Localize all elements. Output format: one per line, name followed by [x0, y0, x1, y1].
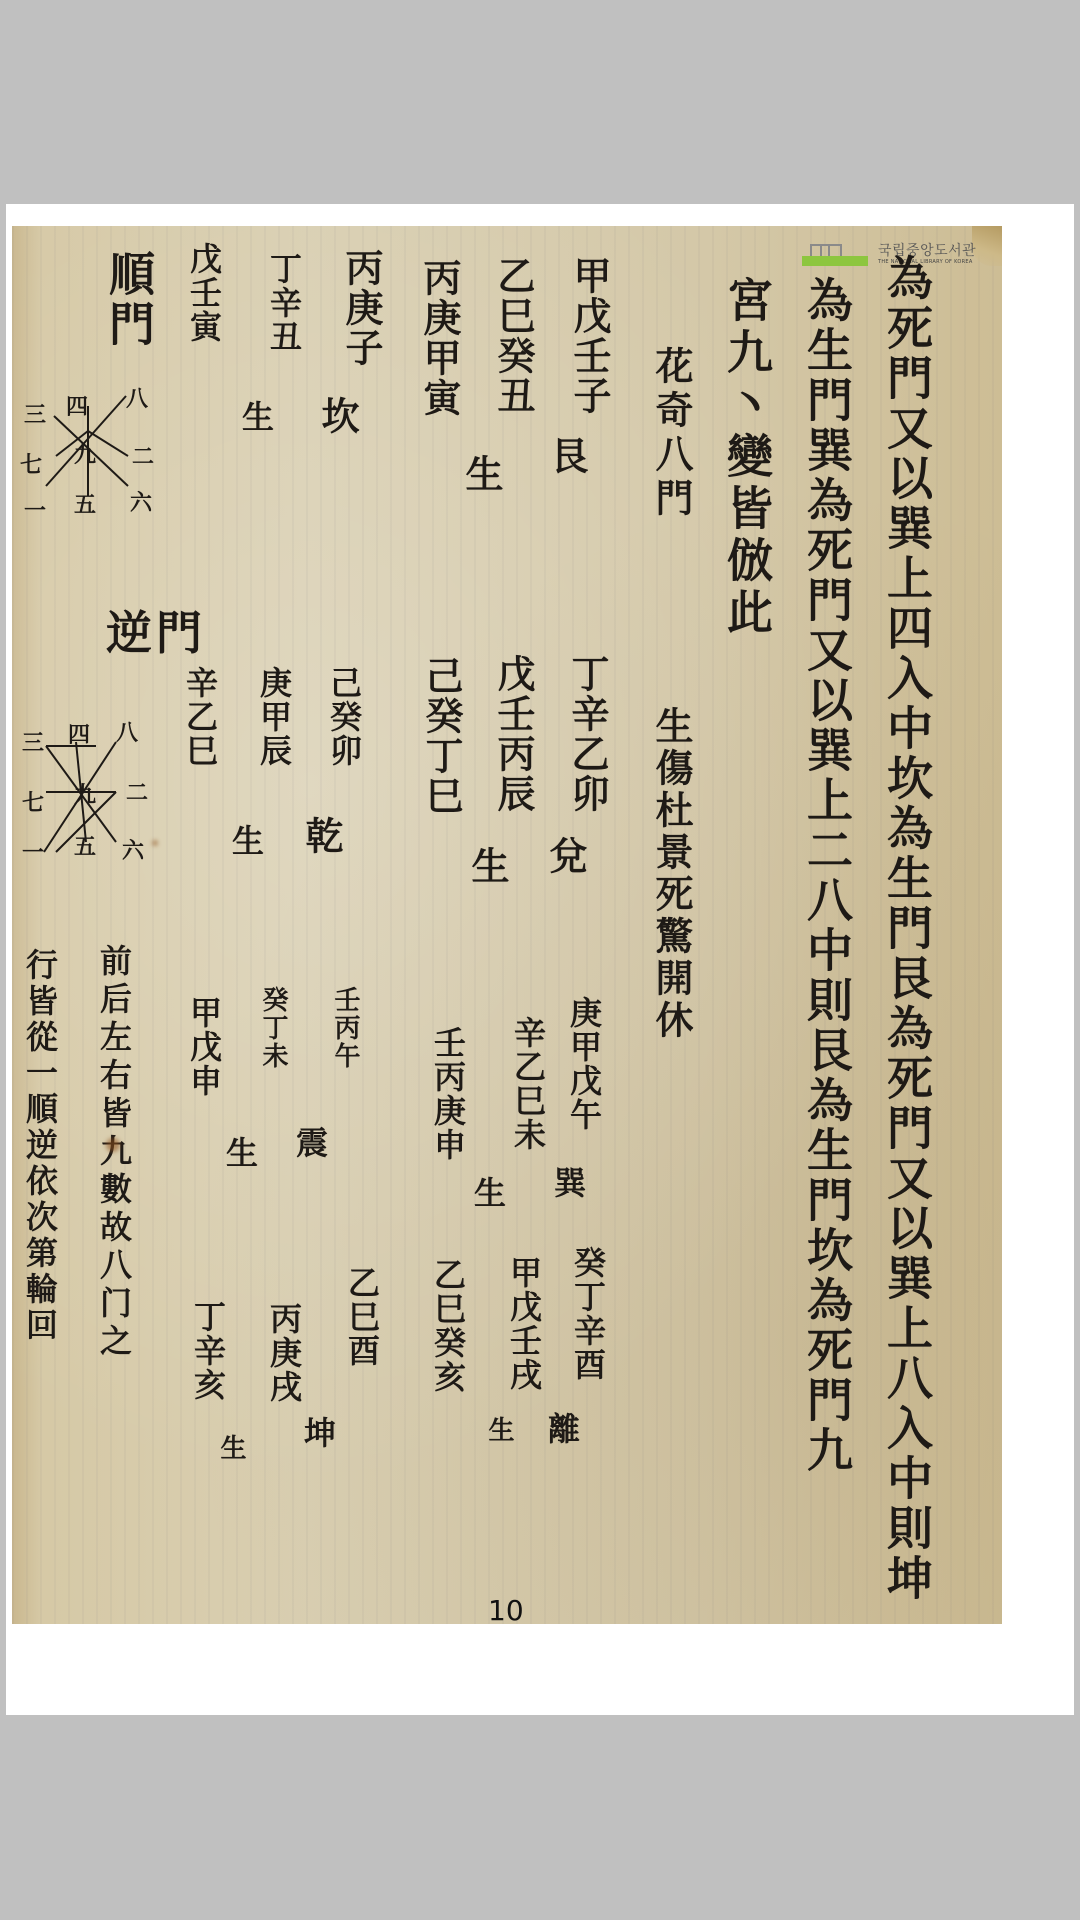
stem-group: 甲戊壬子 — [570, 256, 608, 416]
trigram-label: 坎 — [318, 396, 356, 436]
manuscript-scan: 국립중앙도서관 THE NATIONAL LIBRARY OF KOREA 為死… — [12, 226, 1002, 1624]
library-logo-icon — [802, 240, 872, 268]
stem-group: 己癸丁巳 — [422, 656, 460, 816]
stem-group: 甲戊壬戌 — [508, 1256, 540, 1392]
stem-group: 癸丁未 — [260, 986, 286, 1070]
trigram-label: 巽 — [552, 1166, 584, 1200]
stem-group: 丁辛乙卯 — [568, 654, 606, 814]
closing-column-2: 行皆從一順逆依次第輪回 — [24, 948, 56, 1344]
section-title: 花奇八門 — [652, 346, 690, 522]
trigram-label: 艮 — [547, 436, 585, 476]
stem-group: 乙巳酉 — [346, 1266, 378, 1368]
magic-square-shun: 三 四 八 七 九 二 一 五 六 — [16, 376, 166, 526]
text-column-3: 宮九丶變皆倣此 — [724, 276, 770, 640]
stem-group: 癸丁辛酉 — [572, 1246, 604, 1382]
stem-group: 壬丙庚申 — [432, 1026, 464, 1162]
paper-stain — [106, 1138, 120, 1152]
stem-group: 庚甲辰 — [258, 666, 290, 768]
sheng-note: 生 — [218, 1434, 244, 1462]
stem-group: 辛乙巳未 — [512, 1016, 544, 1152]
sheng-note: 生 — [468, 846, 506, 886]
stem-group: 戊壬寅 — [188, 242, 220, 344]
paper-stain — [152, 840, 158, 846]
stem-group: 丁辛亥 — [192, 1300, 224, 1402]
stem-group: 丙庚甲寅 — [420, 258, 458, 418]
stem-group: 甲戊申 — [188, 996, 220, 1098]
page-number: 10 — [488, 1594, 524, 1627]
sheng-note: 生 — [230, 824, 262, 858]
shun-men-label: 順門 — [106, 250, 152, 350]
stem-group: 丙庚戌 — [268, 1302, 300, 1404]
closing-column-1: 前后左右皆九數故八门之 — [98, 944, 130, 1362]
sheng-note: 生 — [486, 1416, 512, 1444]
trigram-label: 震 — [294, 1126, 326, 1160]
ni-men-label: 逆門 — [106, 610, 206, 656]
trigram-label: 乾 — [302, 816, 340, 856]
trigram-label: 兌 — [546, 836, 584, 876]
stem-group: 乙巳癸亥 — [432, 1258, 464, 1394]
stem-group: 乙巳癸丑 — [494, 256, 532, 416]
sheng-note: 生 — [472, 1176, 504, 1210]
stem-group: 丙庚子 — [342, 248, 380, 368]
stem-group: 丁辛丑 — [268, 252, 300, 354]
sheng-note: 生 — [240, 400, 272, 434]
magic-square-ni: 三 四 八 七 九 二 一 五 六 — [16, 712, 166, 862]
trigram-label: 離 — [546, 1412, 578, 1446]
trigram-label: 坤 — [302, 1416, 334, 1450]
sheng-note: 生 — [224, 1136, 256, 1170]
stem-group: 己癸卯 — [328, 666, 360, 768]
eight-gates: 生傷杜景死驚開休 — [652, 706, 690, 1042]
sheng-note: 生 — [462, 454, 500, 494]
stem-group: 辛乙巳 — [184, 666, 216, 768]
text-column-1: 為死門又以巽上四入中坎為生門艮為死門又以巽上八入中則坤 — [884, 254, 930, 1604]
stem-group: 壬丙午 — [332, 986, 358, 1070]
text-column-2: 為生門巽為死門又以巽上二八中則艮為生門坎為死門九 — [804, 276, 850, 1476]
stem-group: 庚甲戊午 — [568, 996, 600, 1132]
stem-group: 戊壬丙辰 — [494, 654, 532, 814]
